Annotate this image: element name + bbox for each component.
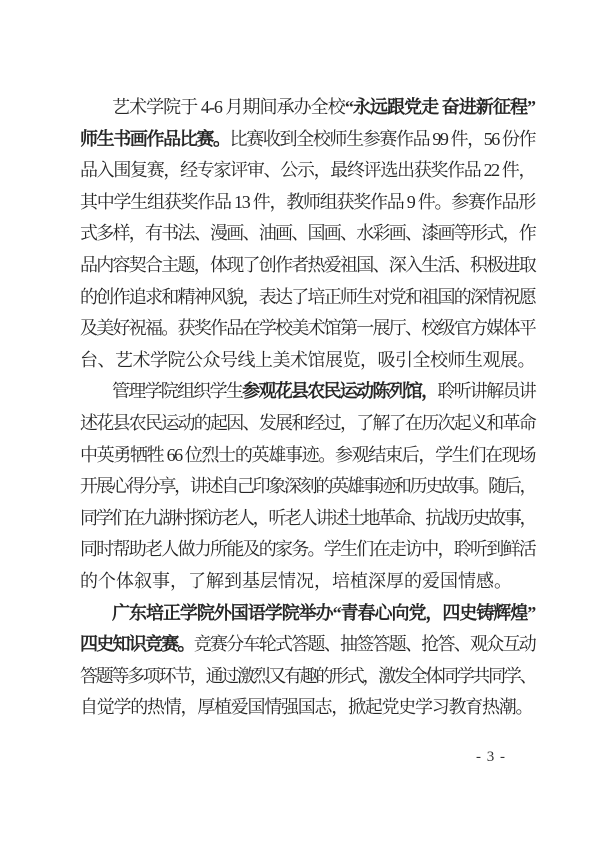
document-page: 艺术学院于 4-6 月期间承办全校“永远跟党走 奋进新征程”师生书画作品比赛。比… <box>0 0 600 848</box>
text-segment: 式多样，有书法、漫画、油画、国画、水彩画、漆画等形式，作 <box>80 223 535 243</box>
text-segment: 艺术学院于 4-6 月期间承办全校 <box>112 97 345 117</box>
text-line: 式多样，有书法、漫画、油画、国画、水彩画、漆画等形式，作 <box>80 218 535 250</box>
text-segment: 的创作追求和精神风貌，表达了培正师生对党和祖国的深情祝愿 <box>80 287 535 307</box>
text-segment: 自觉学的热情，厚植爱国情强国志，掀起党史学习教育热潮。 <box>80 697 532 717</box>
text-line: 的创作追求和精神风貌，表达了培正师生对党和祖国的深情祝愿 <box>80 282 535 314</box>
text-line: 其中学生组获奖作品 13 件，教师组获奖作品 9 件。参赛作品形 <box>80 187 535 219</box>
text-line: 的个体叙事，了解到基层情况，培植深厚的爱国情感。 <box>80 566 535 598</box>
text-line: 述花县农民运动的起因、发展和经过，了解了在历次起义和革命 <box>80 408 535 440</box>
text-segment: 同时帮助老人做力所能及的家务。学生们在走访中，聆听到鲜活 <box>80 539 535 559</box>
text-segment: 及美好祝福。获奖作品在学校美术馆第一展厅、校级官方媒体平 <box>80 318 535 338</box>
text-line: 广东培正学院外国语学院举办“青春心向党，四史铸辉煌” <box>80 598 535 630</box>
text-line: 品入围复赛，经专家评审、公示，最终评选出获奖作品 22 件， <box>80 155 535 187</box>
text-line: 师生书画作品比赛。比赛收到全校师生参赛作品 99 件，56 份作 <box>80 124 535 156</box>
text-segment: 比赛收到全校师生参赛作品 99 件，56 份作 <box>230 129 535 149</box>
text-segment: 中英勇牺牲 66 位烈士的英雄事迹。参观结束后，学生们在现场 <box>80 445 535 465</box>
text-line: 同时帮助老人做力所能及的家务。学生们在走访中，聆听到鲜活 <box>80 534 535 566</box>
text-segment: 竞赛分车轮式答题、抽签答题、抢答、观众互动 <box>194 634 535 654</box>
text-line: 艺术学院于 4-6 月期间承办全校“永远跟党走 奋进新征程” <box>80 92 535 124</box>
text-segment: 管理学院组织学生 <box>112 381 242 401</box>
text-segment: 品内容契合主题，体现了创作者热爱祖国、深入生活、积极进取 <box>80 255 535 275</box>
text-line: 同学们在九湖村探访老人，听老人讲述土地革命、抗战历史故事， <box>80 503 535 535</box>
bold-text-segment: 四史知识竞赛。 <box>80 634 194 654</box>
bold-text-segment: 广东培正学院外国语学院举办“青春心向党，四史铸辉煌” <box>112 603 535 623</box>
text-line: 四史知识竞赛。竞赛分车轮式答题、抽签答题、抢答、观众互动 <box>80 629 535 661</box>
text-line: 开展心得分享，讲述自己印象深刻的英雄事迹和历史故事。随后， <box>80 471 535 503</box>
text-segment: 台、艺术学院公众号线上美术馆展览，吸引全校师生观展。 <box>80 350 535 370</box>
page-number: - 3 - <box>476 749 506 766</box>
text-line: 管理学院组织学生参观花县农民运动陈列馆，聆听讲解员讲 <box>80 376 535 408</box>
bold-text-segment: 师生书画作品比赛。 <box>80 129 230 149</box>
text-line: 台、艺术学院公众号线上美术馆展览，吸引全校师生观展。 <box>80 345 535 377</box>
text-line: 自觉学的热情，厚植爱国情强国志，掀起党史学习教育热潮。 <box>80 692 535 724</box>
bold-text-segment: 参观花县农民运动陈列馆， <box>242 381 437 401</box>
text-segment: 述花县农民运动的起因、发展和经过，了解了在历次起义和革命 <box>80 413 535 433</box>
text-segment: 品入围复赛，经专家评审、公示，最终评选出获奖作品 22 件， <box>80 160 535 180</box>
text-segment: 的个体叙事，了解到基层情况，培植深厚的爱国情感。 <box>80 571 512 591</box>
text-line: 品内容契合主题，体现了创作者热爱祖国、深入生活、积极进取 <box>80 250 535 282</box>
text-segment: 同学们在九湖村探访老人，听老人讲述土地革命、抗战历史故事， <box>80 508 535 528</box>
bold-text-segment: “永远跟党走 奋进新征程” <box>345 97 535 117</box>
text-line: 答题等多项环节，通过激烈又有趣的形式，激发全体同学共同学、 <box>80 661 535 693</box>
text-segment: 其中学生组获奖作品 13 件，教师组获奖作品 9 件。参赛作品形 <box>80 192 535 212</box>
text-segment: 聆听讲解员讲 <box>437 381 535 401</box>
document-body: 艺术学院于 4-6 月期间承办全校“永远跟党走 奋进新征程”师生书画作品比赛。比… <box>80 92 535 724</box>
text-segment: 开展心得分享，讲述自己印象深刻的英雄事迹和历史故事。随后， <box>80 476 535 496</box>
text-line: 中英勇牺牲 66 位烈士的英雄事迹。参观结束后，学生们在现场 <box>80 440 535 472</box>
text-segment: 答题等多项环节，通过激烈又有趣的形式，激发全体同学共同学、 <box>80 666 535 686</box>
text-line: 及美好祝福。获奖作品在学校美术馆第一展厅、校级官方媒体平 <box>80 313 535 345</box>
